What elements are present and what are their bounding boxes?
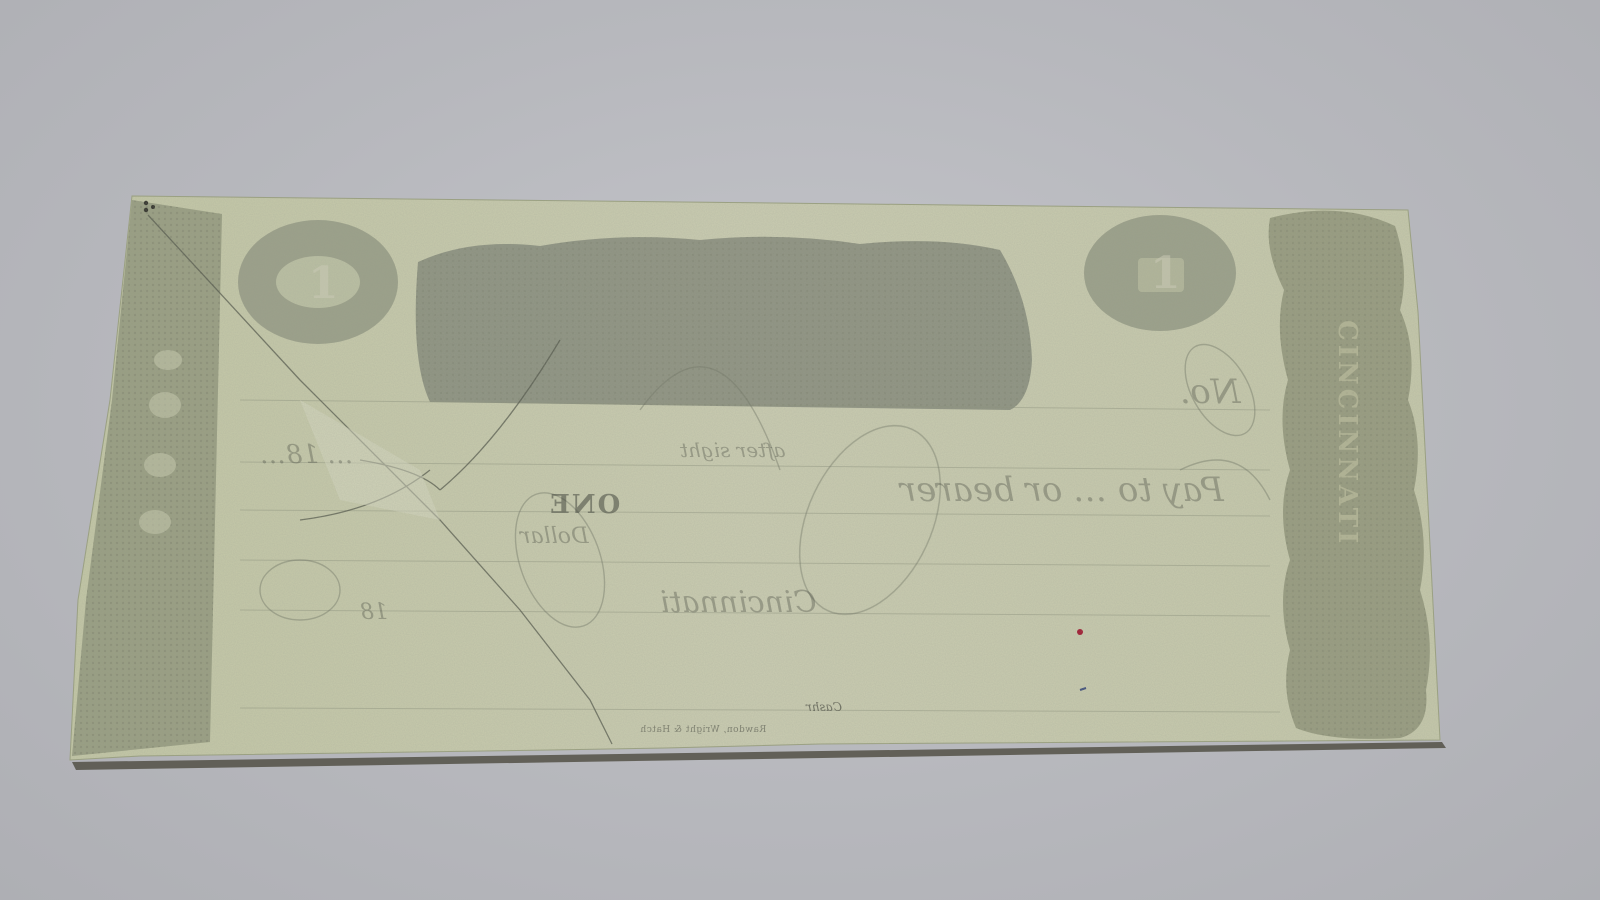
date-script: … 18… — [260, 440, 353, 470]
no-script: No. — [1180, 372, 1240, 412]
photo-scene: 1 1 ONE No. … 18… after sight Pay to … o… — [0, 0, 1600, 900]
payee-script: Pay to … or bearer — [900, 470, 1224, 510]
banknote: 1 1 ONE No. … 18… after sight Pay to … o… — [0, 0, 1600, 900]
denomination-right: 1 — [1150, 248, 1181, 299]
city-script: Cincinnati — [660, 585, 816, 620]
denomination-left: 1 — [308, 258, 339, 309]
cashier-label: Cashr — [806, 700, 842, 714]
second-date-script: 18 — [360, 600, 388, 625]
dollar-script: Dollar — [520, 524, 589, 549]
denomination-label: ONE — [548, 490, 620, 520]
engraver-imprint: Rawdon, Wright & Hatch — [640, 725, 766, 735]
after-sight-script: after sight — [680, 438, 786, 462]
right-panel-word: CINCINNATI — [1322, 320, 1362, 547]
